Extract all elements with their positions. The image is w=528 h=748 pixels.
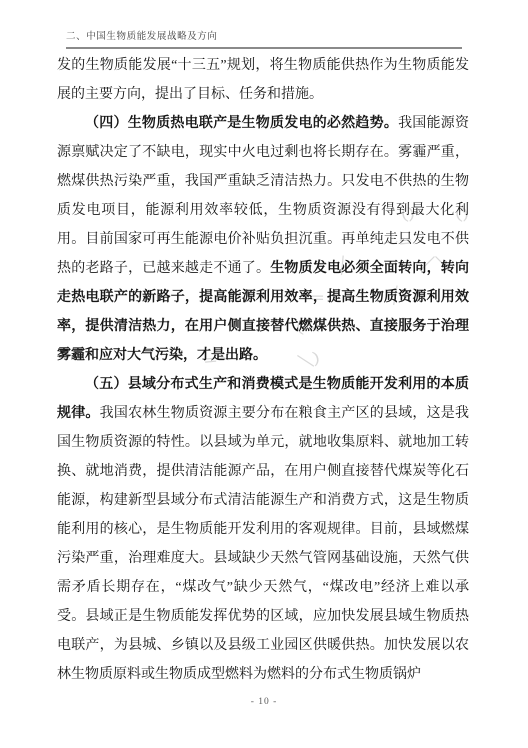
running-header: 二、中国生物质能发展战略及方向 [66, 28, 462, 49]
body-text: 我国能源资源禀赋决定了不缺电，现实中火电过剩也将长期存在。雾霾严重，燃煤供热污染… [57, 116, 469, 276]
document-body: 发的生物质能发展“十三五”规划，将生物质能供热作为生物质能发展的主要方向，提出了… [57, 51, 469, 689]
body-text: 我国农林生物质资源主要分布在粮食主产区的县域，这是我国生物质资源的特性。以县域为… [57, 406, 469, 682]
paragraph: （四）生物质热电联产是生物质发电的必然趋势。我国能源资源禀赋决定了不缺电，现实中… [57, 109, 469, 370]
paragraph: （五）县域分布式生产和消费模式是生物质能开发利用的本质规律。我国农林生物质资源主… [57, 370, 469, 689]
emphasis-text: 生物质发电必须全面转向，转向走热电联产的新路子，提高能源利用效率，提高生物质资源… [57, 261, 469, 363]
emphasis-text: （四）生物质热电联产是生物质发电的必然趋势。 [85, 116, 398, 131]
paragraph: 发的生物质能发展“十三五”规划，将生物质能供热作为生物质能发展的主要方向，提出了… [57, 51, 469, 109]
document-page: （）（）〜＝／／＼＝／（＼＝〜＼）＿ 二、中国生物质能发展战略及方向 发的生物质… [0, 0, 528, 748]
page-number: - 10 - [0, 697, 528, 707]
body-text: 发的生物质能发展“十三五”规划，将生物质能供热作为生物质能发展的主要方向，提出了… [57, 58, 469, 102]
